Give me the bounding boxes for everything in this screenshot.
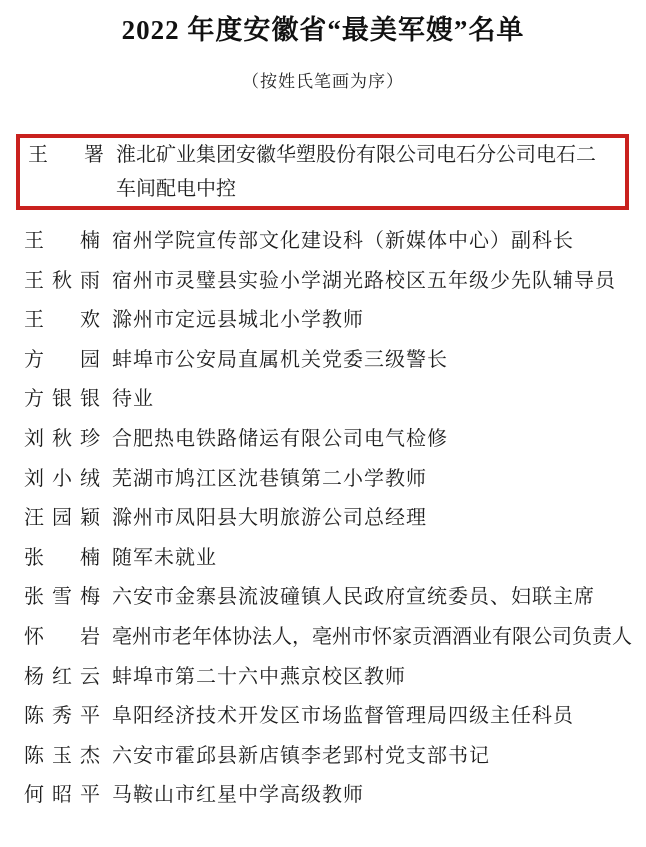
honoree-affiliation: 待业 [112,380,646,420]
page-subtitle: （按姓氏笔画为序） [0,70,646,94]
list-row: 方园 蚌埠市公安局直属机关党委三级警长 [0,341,646,381]
honoree-name: 张楠 [24,539,100,579]
honoree-affiliation: 芜湖市鸠江区沈巷镇第二小学教师 [112,460,646,500]
document-page: 2022 年度安徽省“最美军嫂”名单 （按姓氏笔画为序） 王署 淮北矿业集团安徽… [0,0,646,847]
honoree-list: 王署 淮北矿业集团安徽华塑股份有限公司电石分公司电石二车间配电中控 王楠 宿州学… [0,134,646,816]
honoree-name: 汪园颖 [24,499,100,539]
honoree-name: 何昭平 [24,776,100,816]
list-row: 陈玉杰 六安市霍邱县新店镇李老郢村党支部书记 [0,737,646,777]
honoree-affiliation: 滁州市定远县城北小学教师 [112,301,646,341]
honoree-affiliation: 蚌埠市第二十六中燕京校区教师 [112,658,646,698]
honoree-affiliation: 六安市金寨县流波䃥镇人民政府宣统委员、妇联主席 [112,578,646,618]
honoree-affiliation: 淮北矿业集团安徽华塑股份有限公司电石分公司电石二车间配电中控 [116,138,609,206]
list-row: 汪园颖 滁州市凤阳县大明旅游公司总经理 [0,499,646,539]
list-row: 张雪梅 六安市金寨县流波䃥镇人民政府宣统委员、妇联主席 [0,578,646,618]
honoree-name: 方银银 [24,380,100,420]
honoree-name: 王署 [28,138,104,172]
list-row: 方银银 待业 [0,380,646,420]
honoree-name: 杨红云 [24,658,100,698]
page-title: 2022 年度安徽省“最美军嫂”名单 [0,0,646,50]
honoree-name: 怀岩 [24,618,100,658]
list-row: 张楠 随军未就业 [0,539,646,579]
honoree-affiliation: 滁州市凤阳县大明旅游公司总经理 [112,499,646,539]
honoree-affiliation: 合肥热电铁路储运有限公司电气检修 [112,420,646,460]
honoree-name: 王楠 [24,222,100,262]
list-row: 陈秀平 阜阳经济技术开发区市场监督管理局四级主任科员 [0,697,646,737]
honoree-affiliation: 宿州学院宣传部文化建设科（新媒体中心）副科长 [112,222,646,262]
honoree-name: 方园 [24,341,100,381]
honoree-affiliation: 宿州市灵璧县实验小学湖光路校区五年级少先队辅导员 [112,262,646,302]
honoree-affiliation: 马鞍山市红星中学高级教师 [112,776,646,816]
list-row: 王署 淮北矿业集团安徽华塑股份有限公司电石分公司电石二车间配电中控 [22,138,609,206]
list-row: 王秋雨 宿州市灵璧县实验小学湖光路校区五年级少先队辅导员 [0,262,646,302]
honoree-affiliation: 随军未就业 [112,539,646,579]
list-row: 刘秋珍 合肥热电铁路储运有限公司电气检修 [0,420,646,460]
list-row: 何昭平 马鞍山市红星中学高级教师 [0,776,646,816]
honoree-affiliation: 亳州市老年体协法人，亳州市怀家贡酒酒业有限公司负责人 [112,618,646,658]
honoree-affiliation: 阜阳经济技术开发区市场监督管理局四级主任科员 [112,697,646,737]
list-row: 刘小绒 芜湖市鸠江区沈巷镇第二小学教师 [0,460,646,500]
highlight-box: 王署 淮北矿业集团安徽华塑股份有限公司电石分公司电石二车间配电中控 [16,134,629,210]
honoree-affiliation: 六安市霍邱县新店镇李老郢村党支部书记 [112,737,646,777]
list-row: 王楠 宿州学院宣传部文化建设科（新媒体中心）副科长 [0,222,646,262]
honoree-name: 陈秀平 [24,697,100,737]
honoree-name: 张雪梅 [24,578,100,618]
honoree-name: 王欢 [24,301,100,341]
honoree-name: 王秋雨 [24,262,100,302]
list-row: 怀岩 亳州市老年体协法人，亳州市怀家贡酒酒业有限公司负责人 [0,618,646,658]
list-row: 王欢 滁州市定远县城北小学教师 [0,301,646,341]
list-row: 杨红云 蚌埠市第二十六中燕京校区教师 [0,658,646,698]
honoree-name: 陈玉杰 [24,737,100,777]
honoree-name: 刘秋珍 [24,420,100,460]
honoree-affiliation: 蚌埠市公安局直属机关党委三级警长 [112,341,646,381]
honoree-name: 刘小绒 [24,460,100,500]
